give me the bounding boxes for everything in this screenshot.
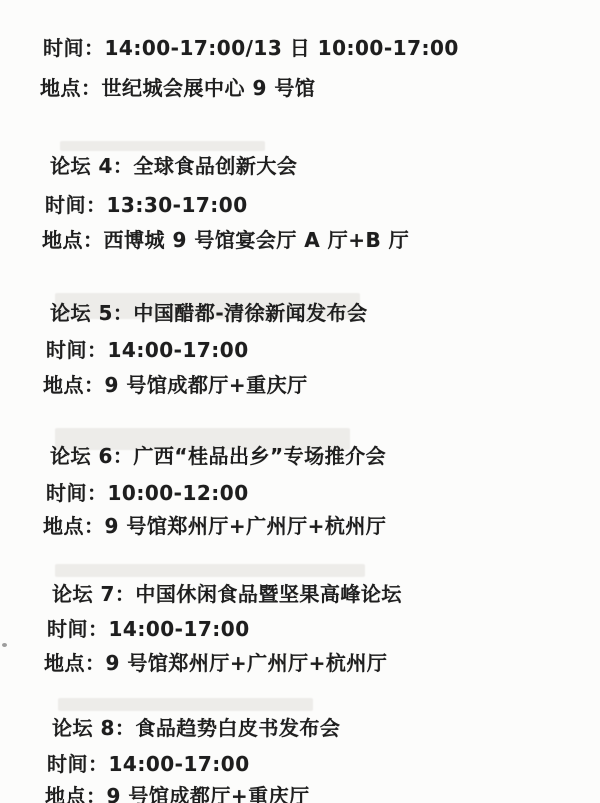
forum-6-title: 论坛 6：广西“桂品出乡”专场推介会: [50, 440, 386, 469]
forum-6-location: 地点：9 号馆郑州厅+广州厅+杭州厅: [43, 510, 386, 539]
forum-8-title: 论坛 8：食品趋势白皮书发布会: [52, 712, 340, 741]
intro-time-line: 时间：14:00-17:00/13 日 10:00-17:00: [43, 32, 459, 61]
forum-7-location: 地点：9 号馆郑州厅+广州厅+杭州厅: [44, 647, 387, 676]
scanned-document-page: 时间：14:00-17:00/13 日 10:00-17:00 地点：世纪城会展…: [0, 0, 600, 803]
forum-4-time: 时间：13:30-17:00: [45, 189, 248, 218]
scan-speck-artifact: [2, 643, 7, 647]
forum-8-time: 时间：14:00-17:00: [47, 748, 250, 777]
forum-8-location: 地点：9 号馆成都厅+重庆厅: [45, 780, 310, 803]
forum-5-location: 地点：9 号馆成都厅+重庆厅: [43, 369, 308, 398]
forum-7-title: 论坛 7：中国休闲食品暨坚果高峰论坛: [52, 578, 402, 607]
scan-shading-artifact: [58, 698, 313, 711]
forum-6-time: 时间：10:00-12:00: [46, 477, 249, 506]
forum-5-time: 时间：14:00-17:00: [46, 334, 249, 363]
forum-7-time: 时间：14:00-17:00: [47, 613, 250, 642]
forum-4-location: 地点：西博城 9 号馆宴会厅 A 厅+B 厅: [42, 224, 409, 253]
forum-4-title: 论坛 4：全球食品创新大会: [50, 150, 297, 179]
intro-location-line: 地点：世纪城会展中心 9 号馆: [40, 72, 315, 101]
forum-5-title: 论坛 5：中国醋都-清徐新闻发布会: [50, 297, 368, 326]
scan-shading-artifact: [55, 564, 365, 577]
